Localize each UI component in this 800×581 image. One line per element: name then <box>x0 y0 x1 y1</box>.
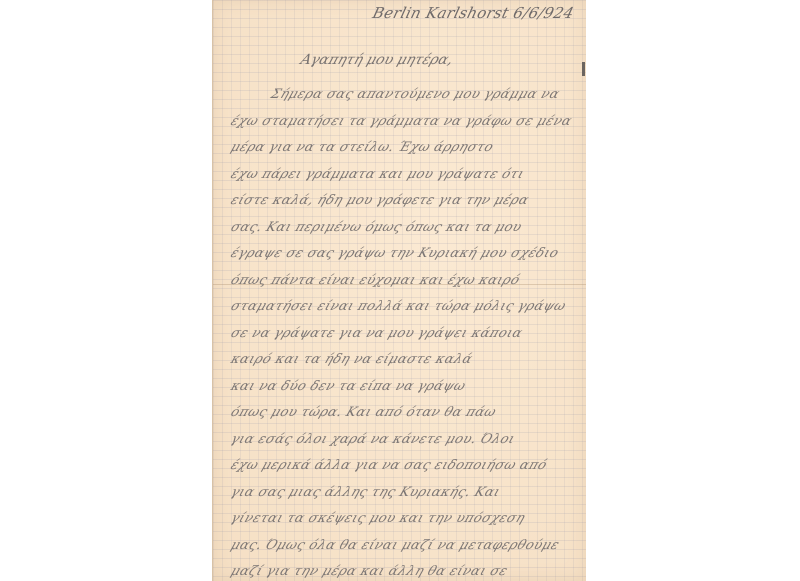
letter-line: γίνεται τα σκέψεις μου και την υπόσχεση <box>226 506 585 533</box>
letter-line: όπως πάντα είναι εύχομαι και έχω καιρό <box>226 268 585 295</box>
letter-line: έχω μερικά άλλα για να σας ειδοποιήσω απ… <box>226 453 585 480</box>
letter-line: καιρό και τα ήδη να είμαστε καλά <box>226 347 585 374</box>
paper-edge-mark <box>582 62 585 76</box>
letter-line: είστε καλά, ήδη μου γράφετε για την μέρα <box>226 188 585 215</box>
letter-line: σας. Και περιμένω όμως όπως και τα μου <box>226 215 585 242</box>
letter-line: μαζί για την μέρα και άλλη θα είναι σε <box>226 559 585 581</box>
letter-line: για σας μιας άλλης της Κυριακής. Και <box>226 480 585 507</box>
letter-line: όπως μου τώρα. Και από όταν θα πάω <box>226 400 585 427</box>
letter-line: Σήμερα σας απαντούμενο μου γράμμα να <box>226 82 585 109</box>
letter-line: σταματήσει είναι πολλά και τώρα μόλις γρ… <box>226 294 585 321</box>
letter-body: Σήμερα σας απαντούμενο μου γράμμα να έχω… <box>231 82 580 581</box>
letter-place-date: Berlin Karlshorst 6/6/924 <box>371 4 576 22</box>
letter-line: έχω σταματήσει τα γράμματα να γράφω σε μ… <box>226 109 585 136</box>
letter-line: σε να γράψατε για να μου γράψει κάποια <box>226 321 585 348</box>
letter-line: μας. Όμως όλα θα είναι μαζί να μεταφερθο… <box>226 533 585 560</box>
letter-line: για εσάς όλοι χαρά να κάνετε μου. Όλοι <box>226 427 585 454</box>
letter-line: μέρα για να τα στείλω. Έχω άρρηστο <box>226 135 585 162</box>
letter-line: έχω πάρει γράμματα και μου γράψατε ότι <box>226 162 585 189</box>
letter-page: Berlin Karlshorst 6/6/924 Αγαπητή μου μη… <box>212 0 586 581</box>
letter-line: έγραψε σε σας γράψω την Κυριακή μου σχέδ… <box>226 241 585 268</box>
letter-salutation: Αγαπητή μου μητέρα, <box>298 52 455 68</box>
letter-line: και να δύο δεν τα είπα να γράψω <box>226 374 585 401</box>
